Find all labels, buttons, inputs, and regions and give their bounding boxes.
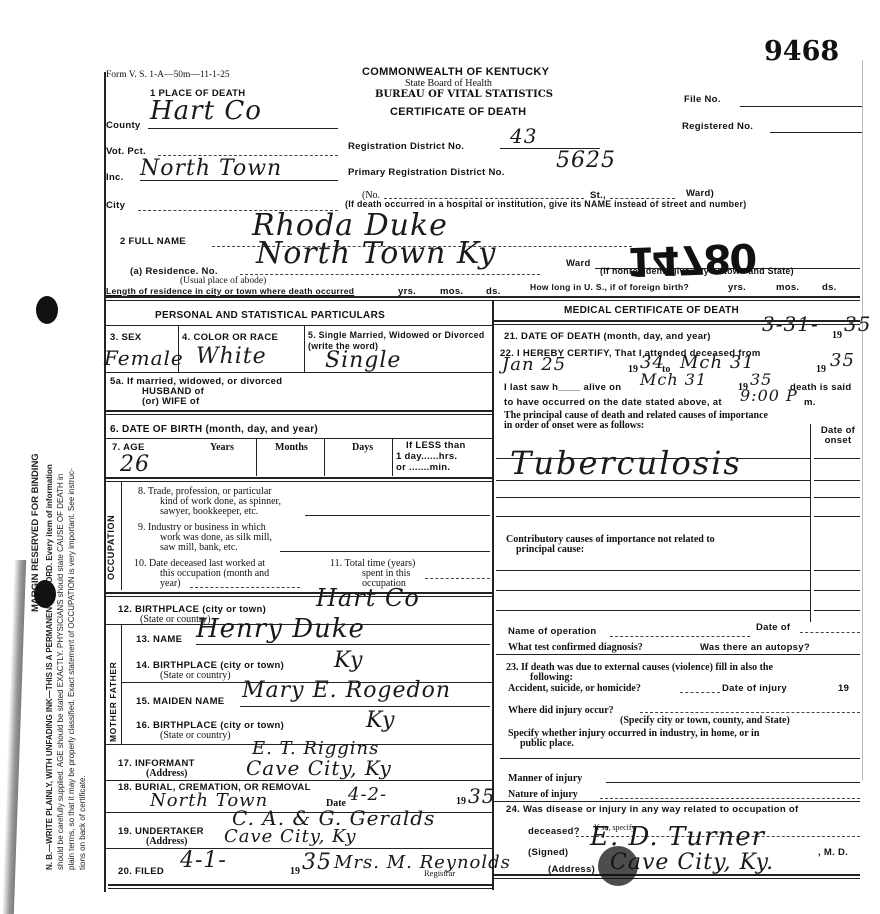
registration-district-value[interactable]: 43	[510, 124, 537, 148]
operation-field[interactable]	[610, 636, 750, 637]
onset-column-divider	[810, 424, 811, 622]
autopsy-label: Was there an autopsy?	[700, 642, 810, 653]
last-saw-value[interactable]: Mch 31	[640, 370, 707, 389]
burial-date-value[interactable]: 4-2-	[348, 784, 387, 805]
total-time-field[interactable]	[425, 578, 490, 579]
death-said-label: death is said	[790, 382, 851, 393]
sex-value[interactable]: Female	[104, 346, 184, 370]
primary-district-value[interactable]: 5625	[556, 148, 616, 173]
foreign-mos-label: mos.	[776, 282, 799, 293]
burial-year-value[interactable]: 35	[468, 784, 495, 808]
margin-instruction-4: tions on back of certificate.	[78, 775, 87, 870]
header-bureau: BUREAU OF VITAL STATISTICS	[375, 89, 553, 100]
cause-line-4	[496, 516, 810, 517]
onset-line-5	[814, 570, 860, 571]
age-years-label: Years	[210, 442, 234, 453]
less-than-label-1: If LESS than	[406, 440, 466, 451]
nature-of-injury-label: Nature of injury	[508, 789, 578, 800]
attended-from-value[interactable]: Jan 25	[502, 354, 566, 375]
divider	[256, 438, 257, 476]
margin-instruction-3: plain terms, so that it may be properly …	[67, 468, 76, 870]
file-no-field[interactable]	[740, 106, 862, 107]
header-commonwealth: COMMONWEALTH OF KENTUCKY	[362, 66, 549, 78]
undertaker-address-label: (Address)	[146, 836, 187, 847]
injury-year-prefix: 19	[838, 683, 849, 694]
occupation-related-label: 24. Was disease or injury in any way rel…	[506, 804, 798, 815]
deceased-label: deceased?	[528, 826, 580, 837]
divider	[304, 326, 305, 372]
residence-value[interactable]: North Town Ky	[256, 236, 496, 271]
residence-sublabel: (Usual place of abode)	[180, 276, 266, 286]
contributory-line-1[interactable]	[496, 570, 810, 571]
file-no-label: File No.	[684, 94, 721, 105]
father-name-value[interactable]: Henry Duke	[196, 614, 365, 644]
onset-line-3	[814, 497, 860, 498]
industry-field[interactable]	[280, 551, 490, 552]
date-of-onset-label: Date of onset	[818, 426, 858, 446]
medical-section-title: MEDICAL CERTIFICATE OF DEATH	[564, 305, 739, 316]
divider	[106, 372, 492, 373]
personal-section-title: PERSONAL AND STATISTICAL PARTICULARS	[155, 310, 385, 321]
father-birthplace-label-2: (State or country)	[160, 670, 231, 681]
length-of-residence-label: Length of residence in city or town wher…	[106, 286, 354, 296]
accident-label: Accident, suicide, or homicide?	[508, 683, 641, 694]
filed-year-prefix: 19	[290, 866, 300, 877]
foreign-yrs-label: yrs.	[728, 282, 746, 293]
attended-from-year-prefix: 19	[628, 364, 638, 375]
father-name-label: 13. NAME	[136, 634, 182, 645]
mother-maiden-line	[240, 706, 490, 707]
sex-label: 3. SEX	[110, 332, 141, 343]
onset-line-6	[814, 590, 860, 591]
form-left-border	[104, 72, 106, 892]
divider	[106, 780, 492, 781]
principal-cause-label-2: in order of onset were as follows:	[504, 420, 644, 431]
color-race-value[interactable]: White	[196, 344, 267, 369]
divider	[106, 848, 492, 849]
cause-line-3	[496, 497, 810, 498]
city-label: City	[106, 200, 125, 211]
birthplace-value[interactable]: Hart Co	[316, 584, 420, 612]
form-right-edge	[862, 60, 863, 780]
less-than-label-3: or .......min.	[396, 462, 450, 473]
mother-birthplace-value[interactable]: Ky	[366, 708, 395, 733]
principal-cause-value[interactable]: Tuberculosis	[510, 444, 742, 482]
diagnosis-label: What test confirmed diagnosis?	[508, 642, 643, 653]
punch-hole-icon	[34, 580, 56, 608]
attended-to-year-prefix: 19	[816, 364, 826, 375]
attended-to-year-value[interactable]: 35	[830, 350, 855, 371]
header-board: State Board of Health	[405, 78, 492, 89]
inc-value[interactable]: North Town	[140, 156, 282, 181]
registration-district-label: Registration District No.	[348, 141, 464, 152]
injury-specify-field[interactable]	[500, 758, 860, 759]
onset-line-1	[814, 458, 860, 459]
parents-side-label: MOTHER FATHER	[108, 662, 118, 742]
onset-line-7	[814, 610, 860, 611]
time-of-death-value[interactable]: 9:00 P	[740, 386, 798, 405]
spouse-label-3: (or) WIFE of	[142, 396, 199, 407]
onset-line-2	[814, 480, 860, 481]
full-name-label: 2 FULL NAME	[120, 236, 186, 247]
divider	[106, 438, 492, 439]
divider	[324, 438, 325, 476]
operation-label: Name of operation	[508, 626, 597, 637]
onset-line-4	[814, 516, 860, 517]
county-label: County	[106, 120, 141, 131]
injury-date-label: Date of injury	[722, 683, 787, 694]
margin-instruction-2: should be carefully supplied. AGE should…	[56, 474, 65, 870]
county-field-line	[148, 128, 338, 129]
external-causes-label-2: following:	[530, 672, 573, 683]
divider	[392, 438, 393, 476]
registrar-signature[interactable]: Mrs. M. Reynolds	[334, 852, 511, 873]
mother-maiden-value[interactable]: Mary E. Rogedon	[242, 678, 451, 703]
registered-no-field[interactable]	[770, 132, 862, 133]
ink-stamp-number: 14780	[625, 234, 756, 284]
marital-status-value[interactable]: Single	[325, 348, 401, 373]
trade-field[interactable]	[305, 515, 490, 516]
contributory-line-2[interactable]	[496, 590, 810, 591]
burial-year-prefix: 19	[456, 796, 466, 807]
foreign-birth-label: How long in U. S., if of foreign birth?	[530, 282, 689, 292]
date-of-death-value[interactable]: 3-31-	[762, 312, 819, 336]
ward-label: Ward)	[686, 188, 714, 199]
county-value[interactable]: Hart Co	[150, 96, 262, 126]
registered-no-label: Registered No.	[682, 121, 753, 132]
death-year-prefix: 19	[832, 330, 842, 341]
contributory-label-2: principal cause:	[516, 544, 584, 555]
section-divider	[106, 296, 860, 301]
bottom-border	[108, 884, 492, 889]
filed-date-value[interactable]: 4-1-	[180, 848, 227, 873]
operation-date-field[interactable]	[800, 632, 860, 633]
divider	[496, 654, 860, 655]
age-value[interactable]: 26	[120, 452, 150, 477]
father-birthplace-value[interactable]: Ky	[334, 648, 363, 673]
residence-ward-label: Ward	[566, 258, 591, 269]
age-days-label: Days	[352, 442, 373, 453]
margin-instruction-1: N. B.—WRITE PLAINLY, WITH UNFADING INK—T…	[45, 464, 54, 870]
accident-field[interactable]	[680, 692, 720, 693]
informant-address-label: (Address)	[146, 768, 187, 779]
undertaker-address-value[interactable]: Cave City, Ky	[224, 826, 357, 847]
divider	[106, 477, 492, 482]
operation-date-label: Date of	[756, 622, 790, 633]
inc-field-line	[140, 180, 338, 181]
registrar-label: Registrar	[424, 868, 455, 878]
filed-year-value[interactable]: 35	[302, 850, 332, 875]
ink-blot-icon	[598, 846, 638, 886]
scan-edge-shadow	[2, 560, 26, 914]
divider	[494, 801, 860, 802]
manner-of-injury-field[interactable]	[606, 782, 860, 783]
bottom-border	[494, 874, 860, 879]
cause-line-1	[496, 458, 810, 459]
form-id: Form V. S. 1-A—50m—11-1-25	[106, 70, 230, 80]
less-than-label-2: 1 day......hrs.	[396, 451, 457, 462]
injury-where-label: Where did injury occur?	[508, 705, 614, 716]
foreign-ds-label: ds.	[822, 282, 837, 293]
industry-label-3: saw mill, bank, etc.	[160, 542, 238, 553]
divider	[106, 410, 492, 415]
injury-where-sublabel: (Specify city or town, county, and State…	[620, 715, 790, 726]
signed-label: (Signed)	[528, 847, 568, 858]
contributory-line-3[interactable]	[496, 610, 810, 611]
age-months-label: Months	[275, 442, 308, 453]
injury-where-field[interactable]	[640, 712, 860, 713]
filed-label: 20. FILED	[118, 866, 164, 877]
divider	[121, 624, 122, 744]
punch-hole-icon	[36, 296, 58, 324]
trade-label-3: sawyer, bookkeeper, etc.	[160, 506, 258, 517]
residence-line	[240, 274, 540, 275]
nature-of-injury-field[interactable]	[600, 798, 860, 799]
manner-of-injury-label: Manner of injury	[508, 773, 582, 784]
informant-address-value[interactable]: Cave City, Ky	[246, 756, 392, 780]
occupation-side-label: OCCUPATION	[106, 515, 116, 580]
dob-label: 6. DATE OF BIRTH (month, day, and year)	[110, 424, 318, 435]
divider	[121, 482, 122, 590]
inc-label: Inc.	[106, 172, 124, 183]
mother-birthplace-label-2: (State or country)	[160, 730, 231, 741]
header-certificate: CERTIFICATE OF DEATH	[390, 106, 526, 118]
time-suffix: m.	[804, 397, 816, 408]
last-worked-label-3: year)	[160, 578, 181, 589]
injury-specify-label-2: public place.	[520, 738, 574, 749]
last-saw-label: I last saw h____ alive on	[504, 382, 621, 393]
primary-district-label: Primary Registration District No.	[348, 167, 505, 178]
serial-number: 9468	[764, 36, 839, 67]
mother-maiden-label: 15. MAIDEN NAME	[136, 696, 224, 707]
death-year-value[interactable]: 35	[844, 312, 871, 336]
occurred-label: to have occurred on the date stated abov…	[504, 397, 722, 408]
cause-line-2	[496, 480, 810, 481]
last-worked-field[interactable]	[190, 587, 300, 588]
date-of-death-label: 21. DATE OF DEATH (month, day, and year)	[504, 331, 711, 342]
color-race-label: 4. COLOR OR RACE	[182, 332, 278, 343]
father-name-line	[196, 644, 490, 645]
divider	[106, 592, 492, 597]
divider	[106, 325, 492, 326]
md-label: , M. D.	[818, 847, 848, 858]
divider	[178, 326, 179, 372]
